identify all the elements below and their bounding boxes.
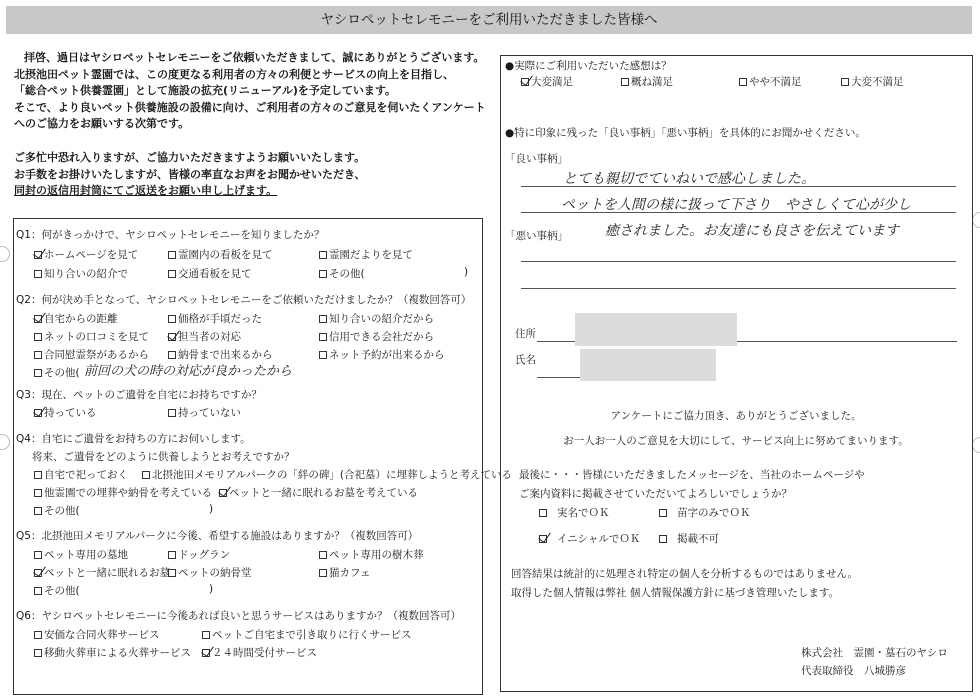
request-line: お手数をお掛けいたしますが、皆様の率直なお声をお聞かせいただき、 [14, 167, 494, 184]
checkbox[interactable] [34, 351, 42, 359]
checkbox[interactable] [319, 551, 327, 559]
checkbox[interactable] [319, 315, 327, 323]
q4-option[interactable]: 自宅で祀っておく [34, 467, 128, 482]
q4-option[interactable]: 北摂池田メモリアルパークの「絆の碑」(合祀墓）に埋葬しようと考えている [142, 467, 512, 482]
thanks-line: アンケートにご協力頂き、ありがとうございました。 [501, 408, 971, 423]
q2-option[interactable]: 知り合いの紹介だから [319, 311, 434, 326]
checkbox[interactable] [34, 471, 42, 479]
intro-line: へのご協力をお願いする次第です。 [14, 116, 494, 133]
checkbox[interactable] [319, 351, 327, 359]
impression-option[interactable]: 概ね満足 [621, 74, 673, 89]
paren-close: ) [464, 266, 468, 278]
q5-option[interactable]: ペットと一緒に眠れるお墓 [34, 565, 170, 580]
checkbox[interactable] [168, 409, 176, 417]
q1-option[interactable]: 知り合いの紹介で [34, 266, 128, 281]
feedback-box: ●実際にご利用いただいた感想は？ 大変満足 概ね満足 やや不満足 大変不満足 ●… [500, 55, 973, 692]
q1-option[interactable]: 霊園だよりを見て [319, 247, 413, 262]
q6-option[interactable]: ２４時間受付サービス [202, 645, 317, 660]
checkbox[interactable] [34, 369, 42, 377]
questions-box: Q1：何がきっかけで、ヤシロペットセレモニーを知りましたか？ ホームページを見て… [13, 218, 483, 695]
q5-option[interactable]: ペット専用の樹木葬 [319, 547, 424, 562]
punch-hole [0, 246, 10, 262]
comment-handwritten-line: とても親切でていねいで感心しました。 [563, 168, 815, 188]
publish-question-line: ご案内資料に掲載させていただいてよろしいでしょうか？ [519, 486, 792, 501]
privacy-line: 回答結果は統計的に処理され特定の個人を分析するものではありません。 [511, 566, 858, 581]
publish-option[interactable]: 苗字のみでＯＫ [659, 505, 751, 520]
q2-option[interactable]: 担当者の対応 [168, 329, 241, 344]
checkbox[interactable] [34, 649, 42, 657]
q5-option[interactable]: ドッグラン [168, 547, 230, 562]
checkbox-checked[interactable] [34, 251, 42, 259]
request-paragraph: ご多忙中恐れ入りますが、ご協力いただきますようお願いいたします。 お手数をお掛け… [14, 150, 494, 200]
q1-option[interactable]: 交通看板を見て [168, 266, 252, 281]
checkbox[interactable] [168, 315, 176, 323]
publish-question-line: 最後に・・・皆様にいただきましたメッセージを、当社のホームページや [519, 467, 865, 482]
q3-label: Q3：現在、ペットのご遺骨を自宅にお持ちですか？ [16, 387, 262, 402]
comment-handwritten-line: 癒されました。お友達にも良さを伝えています [605, 220, 899, 240]
checkbox[interactable] [539, 509, 547, 517]
comment-handwritten-line: ペットを人間の様に扱って下さり やさしくて心が少し [561, 194, 911, 214]
q4-option[interactable]: ペットと一緒に眠れるお墓を考えている [219, 485, 418, 500]
checkbox[interactable] [319, 270, 327, 278]
q6-option[interactable]: 安価な合同火葬サービス [34, 627, 160, 642]
checkbox[interactable] [841, 78, 849, 86]
punch-hole [972, 212, 980, 228]
q4-option-other[interactable]: その他( [34, 503, 80, 518]
q2-option[interactable]: ネットの口コミを見て [34, 329, 149, 344]
q1-option[interactable]: ホームページを見て [34, 247, 138, 262]
writing-line [521, 186, 956, 187]
publish-option[interactable]: イニシャルでＯＫ [539, 531, 640, 546]
q2-option[interactable]: 価格が手頃だった [168, 311, 262, 326]
q6-option[interactable]: ペットご自宅まで引き取りに行くサービス [202, 627, 412, 642]
checkbox[interactable] [34, 507, 42, 515]
q4-option[interactable]: 他霊園での埋葬や納骨を考えている [34, 485, 212, 500]
name-redacted [580, 349, 716, 381]
q6-option[interactable]: 移動火葬車による火葬サービス [34, 645, 191, 660]
checkbox[interactable] [621, 78, 629, 86]
checkbox[interactable] [34, 333, 42, 341]
checkbox[interactable] [739, 78, 747, 86]
checkbox[interactable] [34, 587, 42, 595]
punch-hole [972, 437, 980, 453]
intro-line: そこで、より良いペット供養施設の設備に向け、ご利用者の方々のご意見を伺いたくアン… [14, 100, 494, 117]
q1-label: Q1：何がきっかけで、ヤシロペットセレモニーを知りましたか？ [16, 227, 324, 242]
name-field-line[interactable] [537, 377, 582, 378]
intro-paragraph: 拝啓、過日はヤシロペットセレモニーをご依頼いただきまして、誠にありがとうございま… [14, 50, 494, 133]
punch-hole [0, 434, 10, 450]
checkbox[interactable] [168, 551, 176, 559]
publish-option[interactable]: 実名でＯＫ [539, 505, 610, 520]
checkbox-checked[interactable] [34, 409, 42, 417]
checkbox-checked[interactable] [521, 78, 529, 86]
intro-line: 北摂池田ペット霊園では、この度更なる利用者の方々の利便とサービスの向上を目指し、 [14, 67, 494, 84]
checkbox[interactable] [319, 333, 327, 341]
impression-option[interactable]: 大変満足 [521, 74, 573, 89]
writing-line [521, 261, 956, 262]
checkbox[interactable] [142, 471, 150, 479]
checkbox-checked[interactable] [168, 333, 176, 341]
checkbox[interactable] [319, 251, 327, 259]
q4-sublabel: 将来、ご遺骨をどのように供養しようとお考えですか？ [32, 449, 295, 464]
publish-option[interactable]: 掲載不可 [659, 531, 719, 546]
impression-option[interactable]: やや不満足 [739, 74, 802, 89]
q5-option-other[interactable]: その他( [34, 583, 80, 598]
checkbox[interactable] [319, 569, 327, 577]
impression-label: ●実際にご利用いただいた感想は？ [505, 58, 672, 73]
bad-things-label: 「悪い事柄」 [505, 228, 568, 243]
checkbox-checked[interactable] [219, 489, 227, 497]
q5-option[interactable]: 猫カフェ [319, 565, 370, 580]
representative-name: 代表取締役 八城勝彦 [801, 663, 906, 678]
checkbox[interactable] [168, 251, 176, 259]
q2-option-other[interactable]: その他( [34, 365, 80, 380]
company-name: 株式会社 霊園・墓石のヤシロ [801, 645, 948, 660]
checkbox[interactable] [168, 351, 176, 359]
q6-label: Q6：ヤシロペットセレモニーに今後あれば良いと思うサービスはありますか？（複数回… [16, 608, 461, 623]
checkbox-checked[interactable] [202, 649, 210, 657]
checkbox[interactable] [168, 569, 176, 577]
address-label: 住所 [515, 326, 536, 341]
page-header: ヤシロペットセレモニーをご利用いただきました皆様へ [6, 6, 972, 34]
q3-option[interactable]: 持っている [34, 405, 97, 420]
checkbox-checked[interactable] [34, 569, 42, 577]
paren-close: ) [209, 503, 213, 515]
address-redacted [575, 313, 737, 346]
comments-label: ●特に印象に残った「良い事柄」「悪い事柄」を具体的にお聞かせください。 [505, 125, 866, 140]
q2-option[interactable]: 信用できる会社だから [319, 329, 434, 344]
checkbox[interactable] [168, 270, 176, 278]
checkbox-checked[interactable] [34, 315, 42, 323]
intro-line: 「総合ペット供養霊園」として施設の拡充(リニューアル)を予定しています。 [14, 83, 494, 100]
name-label: 氏名 [515, 352, 536, 367]
q1-option[interactable]: 霊園内の看板を見て [168, 247, 273, 262]
writing-line [521, 212, 956, 213]
checkbox[interactable] [34, 551, 42, 559]
checkbox[interactable] [202, 631, 210, 639]
thanks-line: お一人お一人のご意見を大切にして、サービス向上に努めてまいります。 [501, 433, 971, 448]
privacy-line: 取得した個人情報は弊社 個人情報保護方針に基づき管理いたします。 [511, 585, 839, 600]
q3-option[interactable]: 持っていない [168, 405, 241, 420]
q2-option[interactable]: ネット予約が出来るから [319, 347, 445, 362]
request-line-underlined: 同封の返信用封筒にてご返送をお願い申し上げます。 [14, 183, 494, 200]
checkbox[interactable] [34, 489, 42, 497]
writing-line [521, 288, 956, 289]
q2-other-handwritten: 前回の犬の時の対応が良かったから [84, 360, 292, 379]
q5-option[interactable]: ペット専用の墓地 [34, 547, 128, 562]
checkbox-checked[interactable] [539, 535, 547, 543]
checkbox[interactable] [34, 631, 42, 639]
q5-option[interactable]: ペットの納骨堂 [168, 565, 252, 580]
checkbox[interactable] [659, 535, 667, 543]
q5-label: Q5：北摂池田メモリアルパークに今後、希望する施設はありますか？（複数回答可） [16, 528, 418, 543]
intro-line: 拝啓、過日はヤシロペットセレモニーをご依頼いただきまして、誠にありがとうございま… [14, 50, 494, 67]
checkbox[interactable] [34, 270, 42, 278]
q2-label: Q2：何が決め手となって、ヤシロペットセレモニーをご依頼いただけましたか？（複数… [16, 292, 471, 307]
request-line: ご多忙中恐れ入りますが、ご協力いただきますようお願いいたします。 [14, 150, 494, 167]
impression-option[interactable]: 大変不満足 [841, 74, 904, 89]
header-title: ヤシロペットセレモニーをご利用いただきました皆様へ [321, 12, 658, 28]
q4-label: Q4：自宅にご遺骨をお持ちの方にお伺いします。 [16, 431, 251, 446]
q2-option[interactable]: 自宅からの距離 [34, 311, 118, 326]
q1-option-other[interactable]: その他( [319, 266, 365, 281]
checkbox[interactable] [659, 509, 667, 517]
paren-close: ) [209, 583, 213, 595]
good-things-label: 「良い事柄」 [505, 151, 568, 166]
